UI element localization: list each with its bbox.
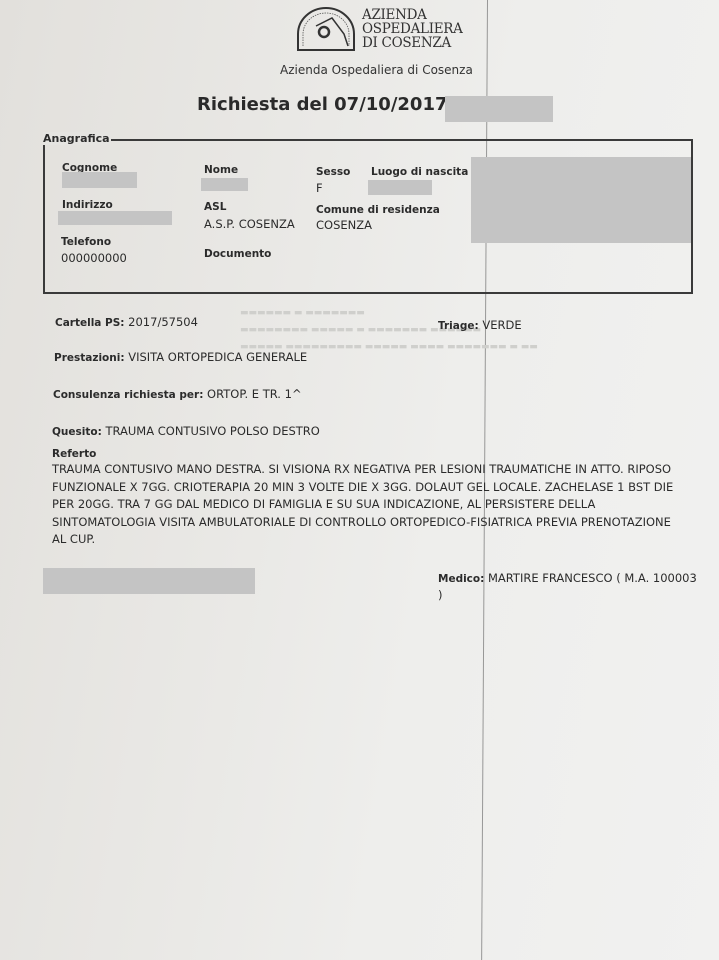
medico-value-cont: ) [438, 587, 697, 603]
cartella-row: Cartella PS: 2017/57504 [55, 315, 198, 329]
photo-redacted [471, 157, 691, 243]
prestazioni-value: VISITA ORTOPEDICA GENERALE [128, 350, 307, 364]
luogo-nascita-redacted [368, 180, 432, 195]
sesso-label: Sesso [316, 166, 350, 178]
hospital-name: Azienda Ospedaliera di Cosenza [280, 63, 473, 77]
page-title: Richiesta del 07/10/2017 [197, 94, 448, 115]
triage-value: VERDE [482, 318, 521, 332]
referto-line: SINTOMATOLOGIA VISITA AMBULATORIALE DI C… [52, 514, 697, 532]
referto-line: FUNZIONALE X 7GG. CRIOTERAPIA 20 MIN 3 V… [52, 479, 697, 497]
logo-line-2: OSPEDALIERA [362, 22, 463, 36]
triage-row: Triage: VERDE [438, 318, 522, 332]
hospital-logo-icon [294, 6, 358, 52]
telefono-value: 000000000 [61, 251, 127, 265]
sesso-value: F [316, 181, 323, 195]
nome-redacted [201, 178, 248, 191]
telefono-label: Telefono [61, 236, 111, 248]
indirizzo-redacted [58, 211, 172, 225]
prestazioni-label: Prestazioni: [54, 352, 125, 364]
quesito-row: Quesito: TRAUMA CONTUSIVO POLSO DESTRO [52, 424, 320, 438]
medico-row: Medico: MARTIRE FRANCESCO ( M.A. 100003 … [438, 570, 697, 603]
signature-redacted [43, 568, 255, 594]
cartella-value: 2017/57504 [128, 315, 198, 329]
consulenza-label: Consulenza richiesta per: [53, 389, 203, 401]
referto-line: PER 20GG. TRA 7 GG DAL MEDICO DI FAMIGLI… [52, 496, 697, 514]
consulenza-value: ORTOP. E TR. 1^ [207, 387, 302, 401]
redacted-block [445, 96, 553, 122]
quesito-label: Quesito: [52, 426, 102, 438]
comune-value: COSENZA [316, 218, 372, 232]
referto-line: AL CUP. [52, 531, 697, 549]
medico-label: Medico: [438, 573, 484, 585]
consulenza-row: Consulenza richiesta per: ORTOP. E TR. 1… [53, 387, 302, 401]
quesito-value: TRAUMA CONTUSIVO POLSO DESTRO [105, 424, 319, 438]
logo-line-3: DI COSENZA [362, 36, 463, 50]
logo-line-1: AZIENDA [362, 8, 463, 22]
triage-label: Triage: [438, 320, 479, 332]
cartella-label: Cartella PS: [55, 317, 125, 329]
documento-label: Documento [204, 248, 271, 260]
medico-value: MARTIRE FRANCESCO ( M.A. 100003 [488, 571, 697, 585]
logo-text: AZIENDA OSPEDALIERA DI COSENZA [362, 8, 463, 50]
cognome-redacted [62, 172, 137, 188]
asl-value: A.S.P. COSENZA [204, 217, 295, 231]
anagrafica-legend: Anagrafica [43, 132, 111, 145]
prestazioni-row: Prestazioni: VISITA ORTOPEDICA GENERALE [54, 350, 307, 364]
comune-label: Comune di residenza [316, 204, 440, 216]
nome-label: Nome [204, 164, 238, 176]
asl-label: ASL [204, 201, 226, 213]
luogo-nascita-label: Luogo di nascita [371, 166, 468, 178]
referto-label: Referto [52, 448, 96, 460]
referto-line: TRAUMA CONTUSIVO MANO DESTRA. SI VISIONA… [52, 461, 697, 479]
indirizzo-label: Indirizzo [62, 199, 113, 211]
referto-text: TRAUMA CONTUSIVO MANO DESTRA. SI VISIONA… [52, 461, 697, 549]
